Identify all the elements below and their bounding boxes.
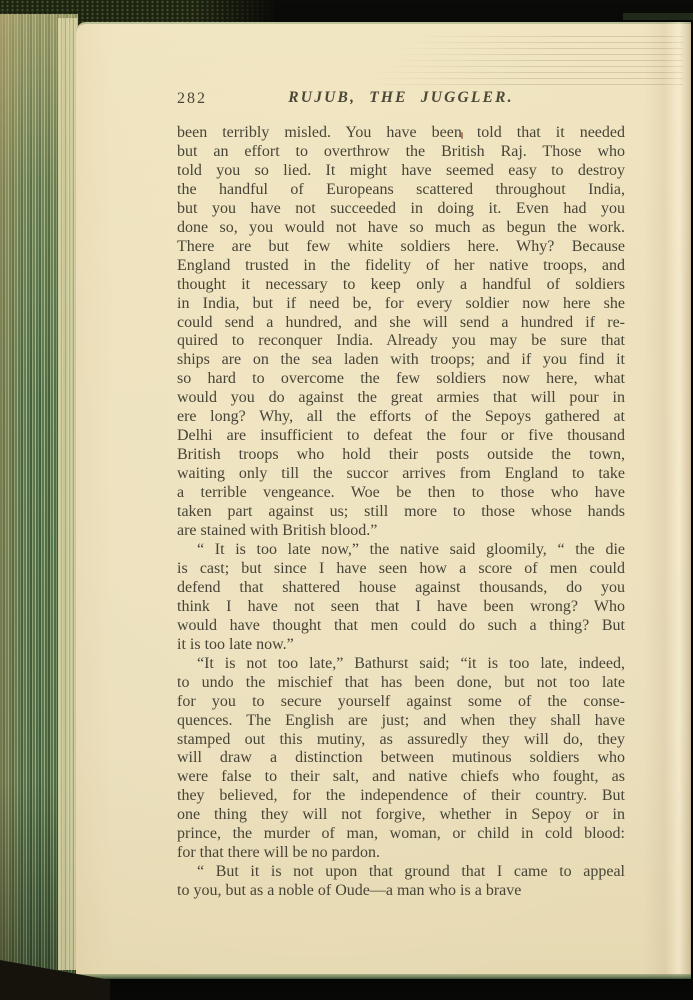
book-page: 282 RUJUB, THE JUGGLER. been terribly mi… xyxy=(76,22,691,978)
text-line: for that there will be no pardon. xyxy=(177,844,625,863)
text-line: one thing they will not forgive, whether… xyxy=(177,806,625,825)
text-line: quences. The English are just; and when … xyxy=(177,712,625,731)
text-line: England trusted in the fidelity of her n… xyxy=(177,257,625,276)
text-line: “ But it is not upon that ground that I … xyxy=(177,863,625,882)
text-line: quired to reconquer India. Already you m… xyxy=(177,332,625,351)
paragraph: “ It is too late now,” the native said g… xyxy=(177,541,625,655)
text-line: taken part against us; still more to tho… xyxy=(177,503,625,522)
book-cover-edge xyxy=(623,13,693,20)
text-line: prince, the murder of man, woman, or chi… xyxy=(177,825,625,844)
text-line: defend that shattered house against thou… xyxy=(177,579,625,598)
text-line: is cast; but since I have seen how a sco… xyxy=(177,560,625,579)
text-line: for you to secure yourself against some … xyxy=(177,693,625,712)
page-crease-shading xyxy=(643,22,691,978)
text-line: it is too late now.” xyxy=(177,636,625,655)
text-line: “ It is too late now,” the native said g… xyxy=(177,541,625,560)
text-line: but you have not succeeded in doing it. … xyxy=(177,200,625,219)
text-line: to you, but as a noble of Oude—a man who… xyxy=(177,882,625,901)
text-line: Delhi are insufficient to defeat the fou… xyxy=(177,427,625,446)
text-line: think I have not seen that I have been w… xyxy=(177,598,625,617)
text-line: were false to their salt, and native chi… xyxy=(177,768,625,787)
paragraph: “ But it is not upon that ground that I … xyxy=(177,863,625,901)
text-line: to undo the mischief that has been done,… xyxy=(177,674,625,693)
text-line: in India, but if need be, for every sold… xyxy=(177,295,625,314)
scanned-book-photo: 282 RUJUB, THE JUGGLER. been terribly mi… xyxy=(0,0,693,1000)
text-line: thought it necessary to keep only a hand… xyxy=(177,276,625,295)
text-block: been terribly misled. You have been told… xyxy=(177,124,625,901)
text-line: would you do against the great armies th… xyxy=(177,389,625,408)
top-page-edges xyxy=(378,31,683,89)
text-line: ships are on the sea laden with troops; … xyxy=(177,351,625,370)
text-line: waiting only till the succor arrives fro… xyxy=(177,465,625,484)
text-line: could send a hundred, and she will send … xyxy=(177,314,625,333)
text-line: been terribly misled. You have been told… xyxy=(177,124,625,143)
text-line: but an effort to overthrow the British R… xyxy=(177,143,625,162)
page-bottom-edge xyxy=(76,974,691,979)
text-line: are stained with British blood.” xyxy=(177,522,625,541)
running-header-title: RUJUB, THE JUGGLER. xyxy=(177,89,625,107)
page-edge-stack-inner xyxy=(58,18,78,970)
paragraph: been terribly misled. You have been told… xyxy=(177,124,625,541)
text-line: stamped out this mutiny, as assuredly th… xyxy=(177,731,625,750)
text-line: the handful of Europeans scattered throu… xyxy=(177,181,625,200)
text-line: ere long? Why, all the efforts of the Se… xyxy=(177,408,625,427)
text-line: told you so lied. It might have seemed e… xyxy=(177,162,625,181)
text-line: a terrible vengeance. Woe be then to tho… xyxy=(177,484,625,503)
text-line: “It is not too late,” Bathurst said; “it… xyxy=(177,655,625,674)
text-line: will draw a distinction between mutinous… xyxy=(177,749,625,768)
paragraph: “It is not too late,” Bathurst said; “it… xyxy=(177,655,625,863)
text-line: would have thought that men could do suc… xyxy=(177,617,625,636)
text-line: British troops who hold their posts outs… xyxy=(177,446,625,465)
text-line: done so, you would not have so much as b… xyxy=(177,219,625,238)
text-line: There are but few white soldiers here. W… xyxy=(177,238,625,257)
text-line: they believed, for the independence of t… xyxy=(177,787,625,806)
text-line: so hard to overcome the few soldiers now… xyxy=(177,370,625,389)
